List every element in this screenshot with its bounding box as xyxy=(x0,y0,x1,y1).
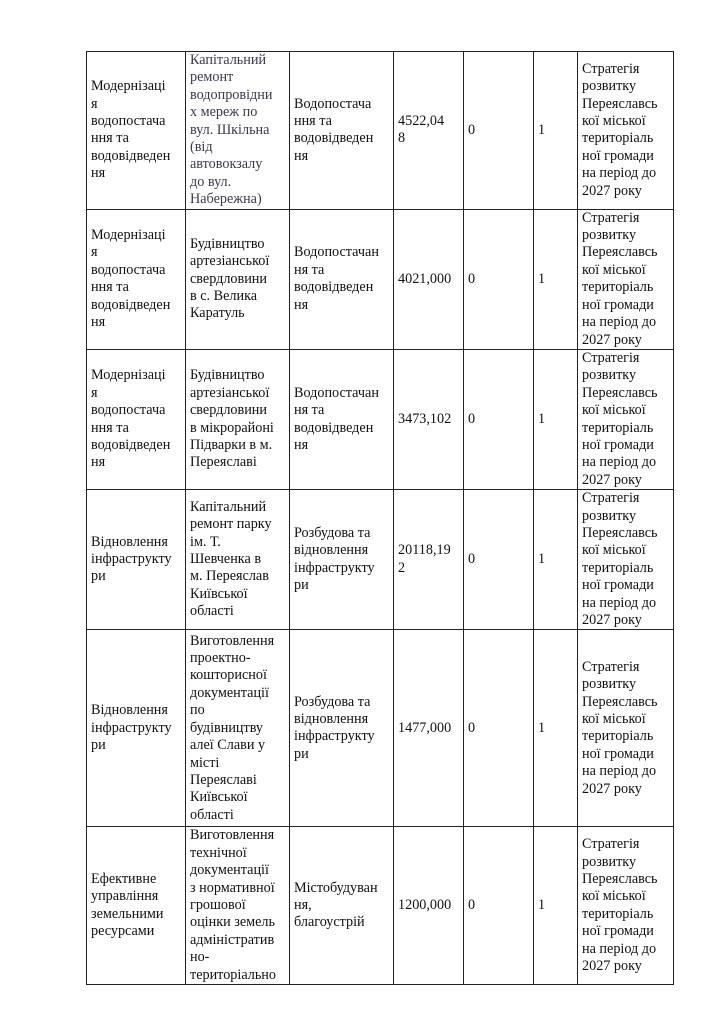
cost-cell: 4021,000 xyxy=(394,209,464,349)
project-cell: Виготовлення технічної документації з но… xyxy=(186,827,290,985)
direction-text: Відновлення інфраструкту ри xyxy=(91,534,181,586)
project-text: Виготовлення технічної документації з но… xyxy=(190,827,285,984)
cost-text: 1200,000 xyxy=(398,897,459,914)
cost-text: 1477,000 xyxy=(398,720,459,737)
value-b-text: 1 xyxy=(538,271,573,288)
project-text: Будівництво артезіанської свердловини в … xyxy=(190,236,285,323)
strategy-cell: Стратегія розвитку Переяславсь кої міськ… xyxy=(578,209,674,349)
strategy-text: Стратегія розвитку Переяславсь кої міськ… xyxy=(582,836,669,975)
value-a-cell: 0 xyxy=(464,630,534,827)
direction-text: Модернізаці я водопостача ння та водовід… xyxy=(91,367,181,471)
strategy-text: Стратегія розвитку Переяславсь кої міськ… xyxy=(582,490,669,629)
value-b-cell: 1 xyxy=(534,52,578,210)
value-a-text: 0 xyxy=(468,720,529,737)
cost-text: 3473,102 xyxy=(398,411,459,428)
document-page: Модернізаці я водопостача ння та водовід… xyxy=(0,0,724,1024)
direction-cell: Відновлення інфраструкту ри xyxy=(87,630,186,827)
value-a-cell: 0 xyxy=(464,52,534,210)
sector-text: Розбудова та відновлення інфраструкту ри xyxy=(294,694,389,764)
direction-text: Модернізаці я водопостача ння та водовід… xyxy=(91,227,181,331)
sector-text: Розбудова та відновлення інфраструкту ри xyxy=(294,525,389,595)
sector-cell: Розбудова та відновлення інфраструкту ри xyxy=(290,490,394,630)
cost-text: 20118,19 2 xyxy=(398,542,459,577)
project-text: Капітальний ремонт водопровідни х мереж … xyxy=(190,52,285,209)
table-row: Модернізаці я водопостача ння та водовід… xyxy=(87,52,674,210)
value-a-cell: 0 xyxy=(464,349,534,489)
value-b-text: 1 xyxy=(538,411,573,428)
direction-cell: Модернізаці я водопостача ння та водовід… xyxy=(87,349,186,489)
table-row: Відновлення інфраструкту ри Капітальний … xyxy=(87,490,674,630)
cost-cell: 20118,19 2 xyxy=(394,490,464,630)
value-b-cell: 1 xyxy=(534,490,578,630)
projects-table: Модернізаці я водопостача ння та водовід… xyxy=(86,51,674,985)
project-cell: Будівництво артезіанської свердловини в … xyxy=(186,349,290,489)
direction-text: Відновлення інфраструкту ри xyxy=(91,702,181,754)
project-cell: Виготовлення проектно- кошторисної докум… xyxy=(186,630,290,827)
value-a-text: 0 xyxy=(468,122,529,139)
strategy-cell: Стратегія розвитку Переяславсь кої міськ… xyxy=(578,827,674,985)
table-row: Відновлення інфраструкту ри Виготовлення… xyxy=(87,630,674,827)
project-text: Виготовлення проектно- кошторисної докум… xyxy=(190,633,285,824)
strategy-text: Стратегія розвитку Переяславсь кої міськ… xyxy=(582,350,669,489)
cost-cell: 4522,04 8 xyxy=(394,52,464,210)
direction-text: Модернізаці я водопостача ння та водовід… xyxy=(91,78,181,182)
table-row: Ефективне управління земельними ресурсам… xyxy=(87,827,674,985)
strategy-text: Стратегія розвитку Переяславсь кої міськ… xyxy=(582,659,669,798)
sector-text: Водопостачан ня та водовідведен ня xyxy=(294,244,389,314)
value-b-cell: 1 xyxy=(534,209,578,349)
sector-text: Водопостача ння та водовідведен ня xyxy=(294,96,389,166)
project-cell: Будівництво артезіанської свердловини в … xyxy=(186,209,290,349)
value-b-text: 1 xyxy=(538,122,573,139)
cost-text: 4522,04 8 xyxy=(398,113,459,148)
project-cell: Капітальний ремонт водопровідни х мереж … xyxy=(186,52,290,210)
direction-text: Ефективне управління земельними ресурсам… xyxy=(91,871,181,941)
project-cell: Капітальний ремонт парку ім. Т. Шевченка… xyxy=(186,490,290,630)
sector-text: Водопостачан ня та водовідведен ня xyxy=(294,385,389,455)
value-a-cell: 0 xyxy=(464,827,534,985)
sector-cell: Водопостачан ня та водовідведен ня xyxy=(290,349,394,489)
sector-cell: Містобудуван ня, благоустрій xyxy=(290,827,394,985)
project-text: Капітальний ремонт парку ім. Т. Шевченка… xyxy=(190,499,285,621)
value-a-cell: 0 xyxy=(464,490,534,630)
value-a-text: 0 xyxy=(468,551,529,568)
value-a-cell: 0 xyxy=(464,209,534,349)
table-row: Модернізаці я водопостача ння та водовід… xyxy=(87,349,674,489)
value-b-cell: 1 xyxy=(534,630,578,827)
strategy-cell: Стратегія розвитку Переяславсь кої міськ… xyxy=(578,349,674,489)
value-b-text: 1 xyxy=(538,720,573,737)
value-a-text: 0 xyxy=(468,411,529,428)
value-b-text: 1 xyxy=(538,551,573,568)
sector-cell: Водопостача ння та водовідведен ня xyxy=(290,52,394,210)
cost-cell: 3473,102 xyxy=(394,349,464,489)
sector-cell: Розбудова та відновлення інфраструкту ри xyxy=(290,630,394,827)
sector-text: Містобудуван ня, благоустрій xyxy=(294,880,389,932)
strategy-text: Стратегія розвитку Переяславсь кої міськ… xyxy=(582,61,669,200)
strategy-cell: Стратегія розвитку Переяславсь кої міськ… xyxy=(578,52,674,210)
value-b-cell: 1 xyxy=(534,827,578,985)
value-a-text: 0 xyxy=(468,897,529,914)
strategy-cell: Стратегія розвитку Переяславсь кої міськ… xyxy=(578,630,674,827)
strategy-cell: Стратегія розвитку Переяславсь кої міськ… xyxy=(578,490,674,630)
strategy-text: Стратегія розвитку Переяславсь кої міськ… xyxy=(582,210,669,349)
value-b-text: 1 xyxy=(538,897,573,914)
cost-cell: 1477,000 xyxy=(394,630,464,827)
table-row: Модернізаці я водопостача ння та водовід… xyxy=(87,209,674,349)
value-b-cell: 1 xyxy=(534,349,578,489)
cost-text: 4021,000 xyxy=(398,271,459,288)
project-text: Будівництво артезіанської свердловини в … xyxy=(190,367,285,471)
direction-cell: Модернізаці я водопостача ння та водовід… xyxy=(87,209,186,349)
direction-cell: Відновлення інфраструкту ри xyxy=(87,490,186,630)
direction-cell: Ефективне управління земельними ресурсам… xyxy=(87,827,186,985)
value-a-text: 0 xyxy=(468,271,529,288)
direction-cell: Модернізаці я водопостача ння та водовід… xyxy=(87,52,186,210)
sector-cell: Водопостачан ня та водовідведен ня xyxy=(290,209,394,349)
cost-cell: 1200,000 xyxy=(394,827,464,985)
